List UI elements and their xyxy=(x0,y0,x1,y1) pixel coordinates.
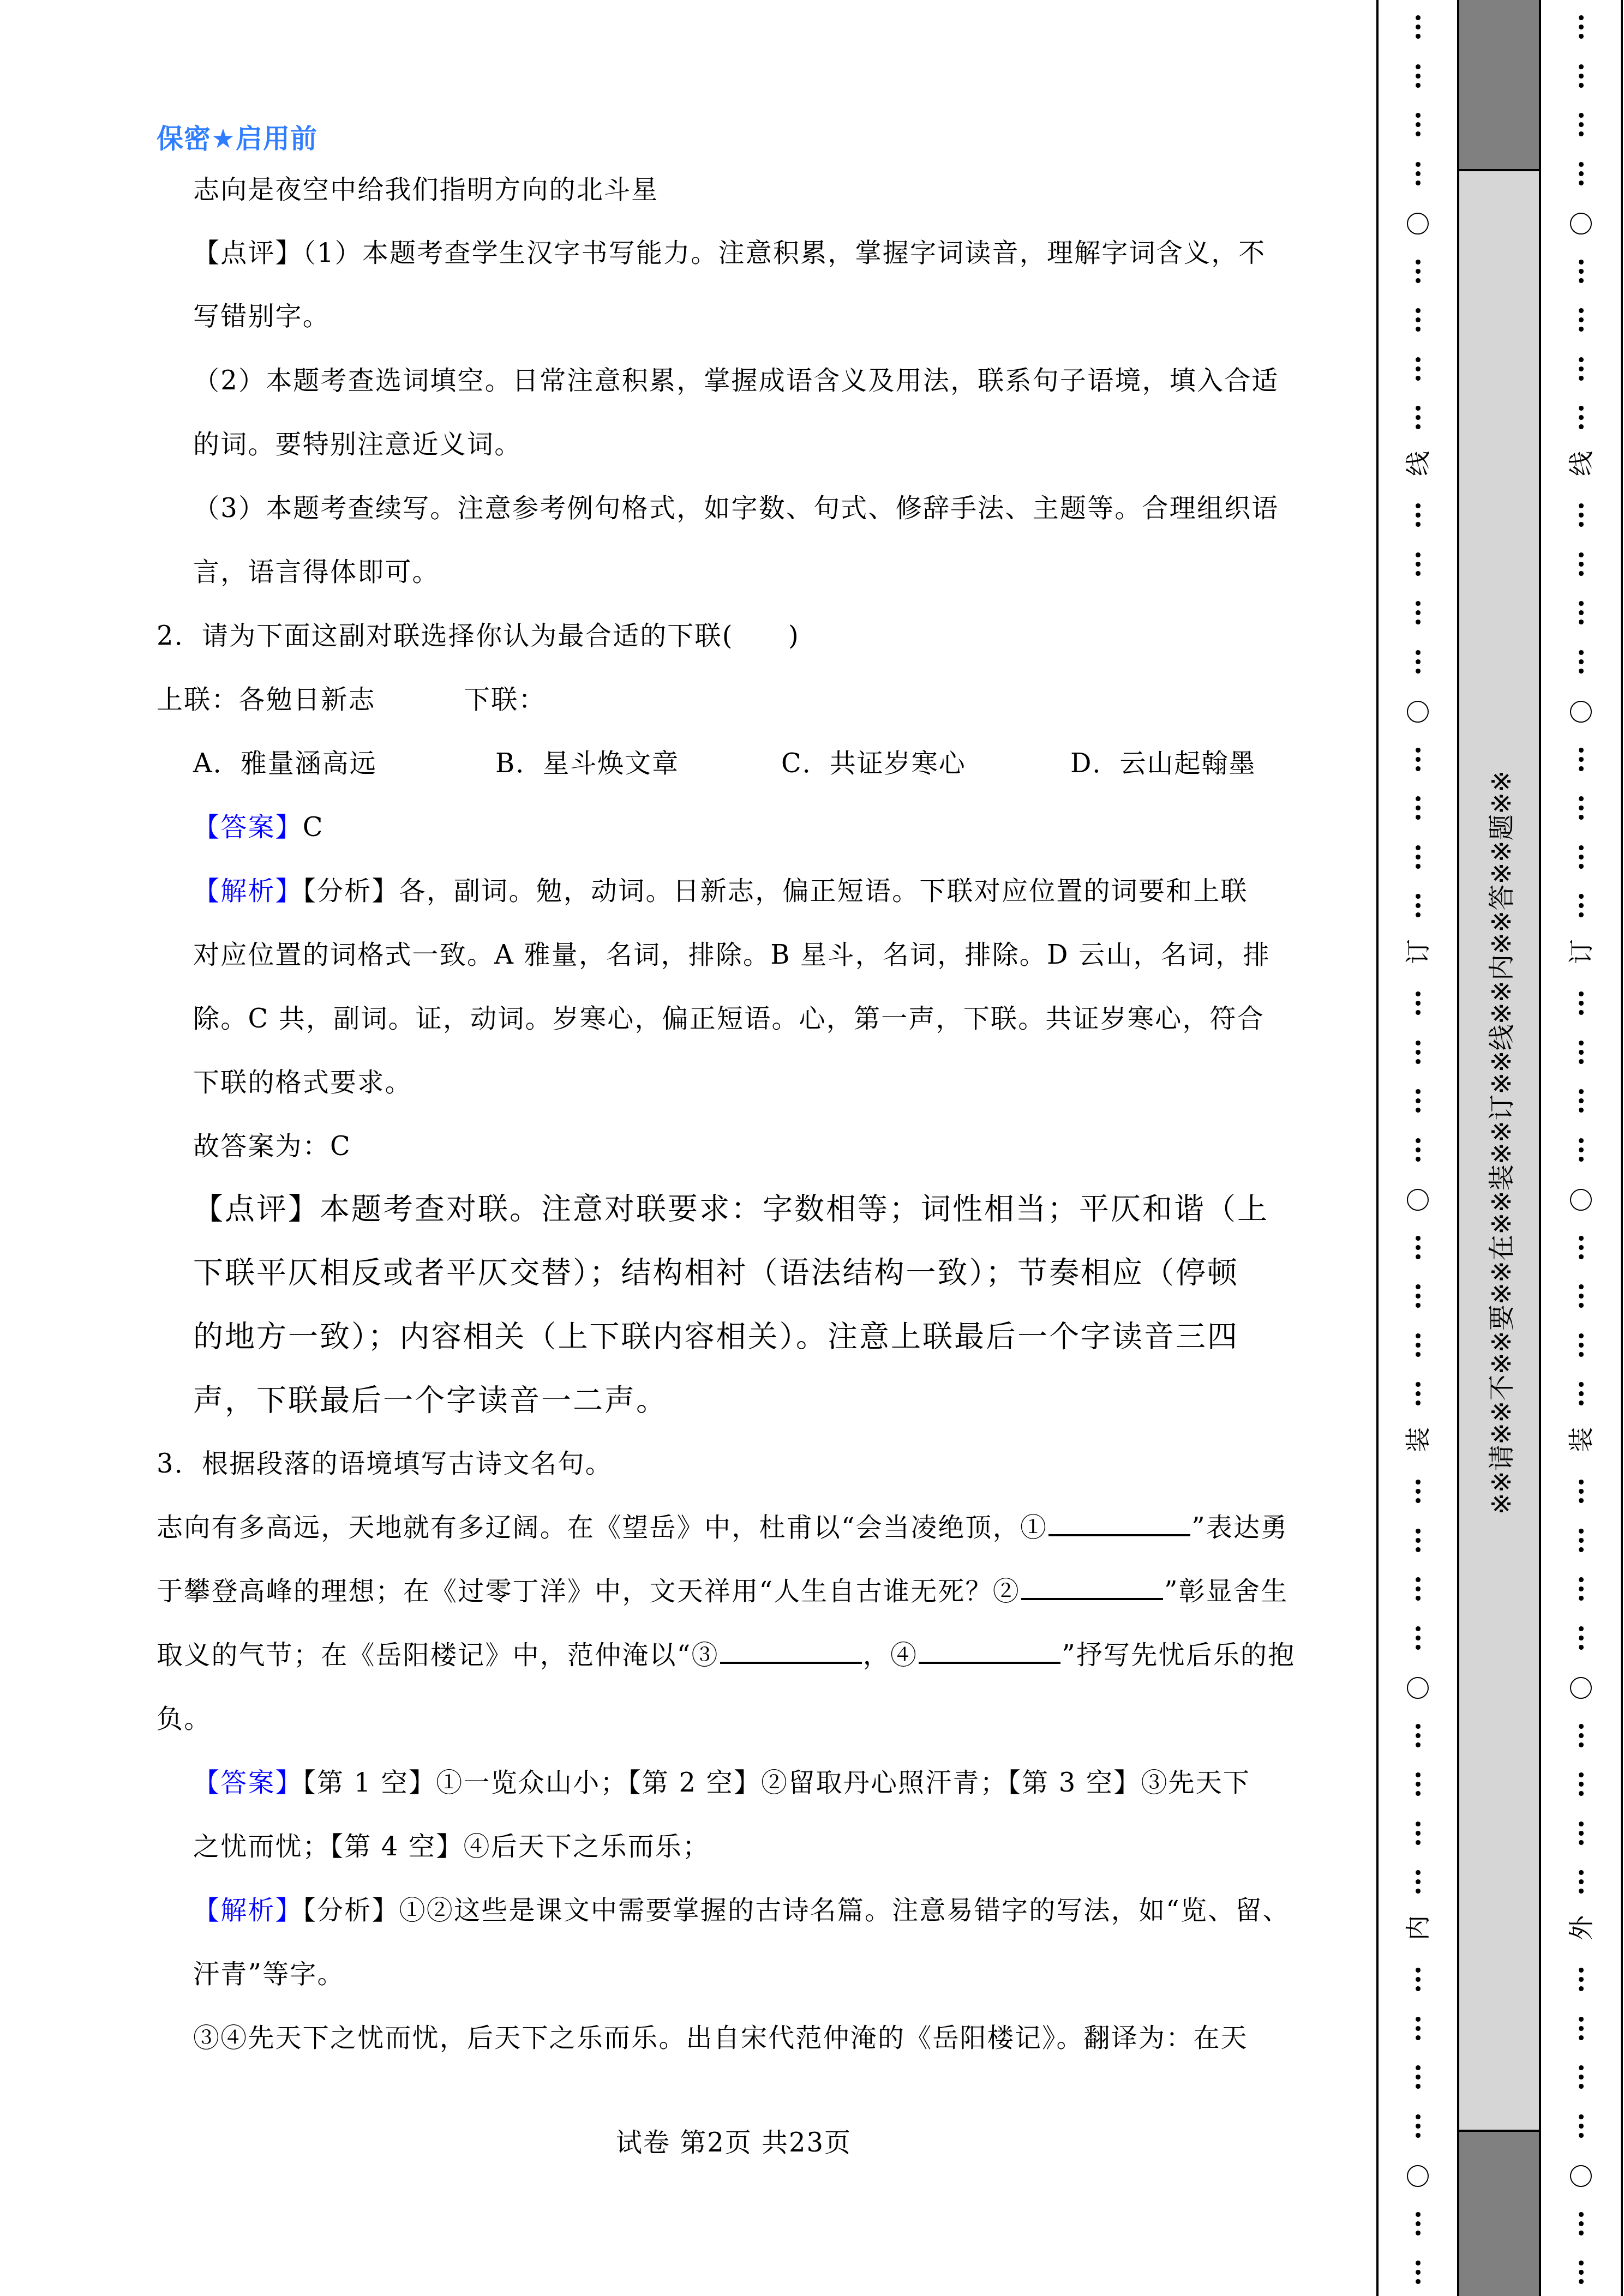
dotted-line-icon xyxy=(1415,650,1421,674)
dotted-line-icon xyxy=(1578,2261,1584,2285)
dotted-line-icon xyxy=(1415,796,1421,820)
warning-text: ※※请※※不※※要※※在※※装※※订※※线※※内※※答※※题※※ xyxy=(1481,771,1518,1515)
para-text: 志向有多高远，天地就有多辽阔。在《望岳》中，杜甫以“会当凌绝顶，① xyxy=(157,1512,1047,1543)
binding-hole-circle-icon xyxy=(1570,1189,1592,1211)
q2-comment-line: 声，下联最后一个字读音一二声。 xyxy=(193,1384,668,1416)
dotted-line-icon xyxy=(1415,2065,1421,2089)
dotted-line-icon xyxy=(1415,894,1421,918)
dotted-line-icon xyxy=(1578,1626,1584,1650)
label-wai: 外 xyxy=(1565,1912,1597,1944)
q2-final-answer: 故答案为：C xyxy=(193,1130,351,1163)
q2-answer: 【答案】C xyxy=(193,811,324,844)
dotted-line-icon xyxy=(1415,357,1421,381)
dotted-line-icon xyxy=(1578,2212,1584,2236)
dotted-line-icon xyxy=(1578,1772,1584,1796)
page-footer: 试卷 第2页 共23页 xyxy=(0,2121,1467,2159)
dotted-line-icon xyxy=(1578,1284,1584,1308)
label-zhuang: 装 xyxy=(1401,1423,1434,1456)
dotted-line-icon xyxy=(1578,1333,1584,1357)
dotted-line-icon xyxy=(1415,2261,1421,2285)
q1-comment-line: 【点评】（1）本题考查学生汉字书写能力。注意积累，掌握字词读音，理解字词含义，不 xyxy=(193,237,1266,269)
dotted-line-icon xyxy=(1578,260,1584,284)
blank-3[interactable] xyxy=(720,1640,862,1664)
q3-answer-line: 之忧而忧；【第 4 空】④后天下之乐而乐； xyxy=(193,1830,710,1863)
binding-hole-circle-icon xyxy=(1407,1189,1429,1211)
dotted-line-icon xyxy=(1415,260,1421,284)
analysis-text: 【分析】各，副词。勉，动词。日新志，偏正短语。下联对应位置的词要和上联 xyxy=(303,876,1248,906)
answer-value: C xyxy=(303,812,324,843)
para-text: 取义的气节；在《岳阳楼记》中，范仲淹以“③ xyxy=(157,1640,719,1670)
answer-tag: 【答案】 xyxy=(193,812,303,843)
dotted-line-icon xyxy=(1415,1870,1421,1894)
binding-strip-inner: 线 订 装 内 xyxy=(1376,0,1459,2296)
strip-dark-block-bottom xyxy=(1459,2130,1539,2296)
binding-hole-circle-icon xyxy=(1570,213,1592,235)
answer-text: 【第 1 空】①一览众山小；【第 2 空】②留取丹心照汗青；【第 3 空】③先天… xyxy=(303,1768,1250,1798)
q2-analysis-line: 除。C 共，副词。证，动词。岁寒心，偏正短语。心，第一声，下联。共证岁寒心，符合 xyxy=(193,1002,1265,1035)
dotted-line-icon xyxy=(1415,2212,1421,2236)
label-xian: 线 xyxy=(1565,447,1597,480)
dotted-line-icon xyxy=(1415,15,1421,39)
q2-comment-line: 【点评】本题考查对联。注意对联要求：字数相等；词性相当；平仄和谐（上 xyxy=(193,1192,1269,1225)
dotted-line-icon xyxy=(1578,406,1584,430)
para-text: ，④ xyxy=(863,1640,918,1670)
label-zhuang: 装 xyxy=(1565,1423,1597,1456)
dotted-line-icon xyxy=(1578,1041,1584,1065)
dotted-line-icon xyxy=(1415,64,1421,88)
dotted-line-icon xyxy=(1415,1041,1421,1065)
exam-page: 保密★启用前 志向是夜空中给我们指明方向的北斗星 【点评】（1）本题考查学生汉字… xyxy=(0,0,1375,2296)
dotted-line-icon xyxy=(1415,601,1421,625)
label-nei: 内 xyxy=(1401,1912,1434,1944)
dotted-line-icon xyxy=(1415,1822,1421,1846)
dotted-line-icon xyxy=(1578,308,1584,332)
dotted-line-icon xyxy=(1578,1822,1584,1846)
q2-stem: 2．请为下面这副对联选择你认为最合适的下联( ) xyxy=(157,620,800,652)
dotted-line-icon xyxy=(1415,162,1421,186)
dotted-line-icon xyxy=(1578,1529,1584,1553)
binding-hole-circle-icon xyxy=(1407,213,1429,235)
dotted-line-icon xyxy=(1578,357,1584,381)
dotted-line-icon xyxy=(1415,1626,1421,1650)
q1-comment-line: （2）本题考查选词填空。日常注意积累，掌握成语含义及用法，联系句子语境，填入合适 xyxy=(193,364,1279,397)
q3-analysis-line: ③④先天下之忧而忧，后天下之乐而乐。出自宋代范仲淹的《岳阳楼记》。翻译为：在天 xyxy=(193,2022,1248,2054)
q2-option-b: B．星斗焕文章 xyxy=(495,747,679,780)
dotted-line-icon xyxy=(1415,1089,1421,1113)
dotted-line-icon xyxy=(1578,1236,1584,1260)
q3-analysis-line: 【解析】【分析】①②这些是课文中需要掌握的古诗名篇。注意易错字的写法，如“览、留… xyxy=(193,1894,1290,1927)
para-text: ”表达勇 xyxy=(1191,1512,1288,1543)
dotted-line-icon xyxy=(1415,1529,1421,1553)
q2-comment-line: 的地方一致）；内容相关（上下联内容相关）。注意上联最后一个字读音三四 xyxy=(193,1320,1239,1353)
q2-couplet-lower: 下联： xyxy=(464,683,546,716)
dotted-line-icon xyxy=(1415,1236,1421,1260)
q2-couplet-upper: 上联：各勉日新志 xyxy=(157,683,376,716)
para-text: ”抒写先忧后乐的抱 xyxy=(1062,1640,1295,1670)
dotted-line-icon xyxy=(1578,1089,1584,1113)
q3-stem: 3．根据段落的语境填写古诗文名句。 xyxy=(157,1447,613,1480)
q2-option-c: C．共证岁寒心 xyxy=(781,747,966,780)
answer-tag: 【答案】 xyxy=(193,1768,303,1798)
dotted-line-icon xyxy=(1415,2114,1421,2138)
q1-comment-line: 的词。要特别注意近义词。 xyxy=(193,428,522,461)
dotted-line-icon xyxy=(1578,2017,1584,2041)
para-text: 于攀登高峰的理想；在《过零丁洋》中，文天祥用“人生自古谁无死？② xyxy=(157,1576,1020,1607)
dotted-line-icon xyxy=(1415,748,1421,772)
dotted-line-icon xyxy=(1415,503,1421,527)
dotted-line-icon xyxy=(1578,845,1584,869)
dotted-line-icon xyxy=(1578,601,1584,625)
analysis-tag: 【解析】 xyxy=(193,1895,303,1926)
dotted-line-icon xyxy=(1415,406,1421,430)
q2-comment-line: 下联平仄相反或者平仄交替）；结构相衬（语法结构一致）；节奏相应（停顿 xyxy=(193,1256,1239,1289)
dotted-line-icon xyxy=(1415,1333,1421,1357)
dotted-line-icon xyxy=(1578,1870,1584,1894)
binding-strip-outer: 线 订 装 外 xyxy=(1541,0,1623,2296)
dotted-line-icon xyxy=(1415,991,1421,1015)
q1-answer-line: 志向是夜空中给我们指明方向的北斗星 xyxy=(193,173,658,206)
dotted-line-icon xyxy=(1415,1968,1421,1992)
dotted-line-icon xyxy=(1415,113,1421,137)
dotted-line-icon xyxy=(1578,1138,1584,1162)
dotted-line-icon xyxy=(1578,503,1584,527)
q3-answer-line: 【答案】【第 1 空】①一览众山小；【第 2 空】②留取丹心照汗青；【第 3 空… xyxy=(193,1766,1250,1799)
binding-hole-circle-icon xyxy=(1570,2165,1592,2187)
dotted-line-icon xyxy=(1415,2017,1421,2041)
dotted-line-icon xyxy=(1578,894,1584,918)
analysis-tag: 【解析】 xyxy=(193,876,303,906)
dotted-line-icon xyxy=(1578,1577,1584,1601)
dotted-line-icon xyxy=(1415,845,1421,869)
dotted-line-icon xyxy=(1578,15,1584,39)
q1-comment-line: 写错别字。 xyxy=(193,300,330,333)
q2-analysis-line: 对应位置的词格式一致。A 雅量，名词，排除。B 星斗，名词，排除。D 云山，名词… xyxy=(193,939,1271,971)
dotted-line-icon xyxy=(1578,1382,1584,1406)
label-xian: 线 xyxy=(1401,447,1434,480)
binding-hole-circle-icon xyxy=(1407,2165,1429,2187)
blank-1[interactable] xyxy=(1048,1512,1190,1536)
q3-paragraph-line: 于攀登高峰的理想；在《过零丁洋》中，文天祥用“人生自古谁无死？②”彰显舍生 xyxy=(157,1575,1289,1608)
dotted-line-icon xyxy=(1578,113,1584,137)
blank-2[interactable] xyxy=(1021,1576,1163,1600)
q3-paragraph-line: 取义的气节；在《岳阳楼记》中，范仲淹以“③，④”抒写先忧后乐的抱 xyxy=(157,1639,1296,1672)
dotted-line-icon xyxy=(1415,1382,1421,1406)
dotted-line-icon xyxy=(1415,1138,1421,1162)
binding-hole-circle-icon xyxy=(1407,701,1429,723)
dotted-line-icon xyxy=(1578,162,1584,186)
dotted-line-icon xyxy=(1578,2065,1584,2089)
q2-option-d: D．云山起翰墨 xyxy=(1070,747,1256,780)
binding-hole-circle-icon xyxy=(1570,1677,1592,1699)
dotted-line-icon xyxy=(1578,796,1584,820)
dotted-line-icon xyxy=(1415,1724,1421,1748)
dotted-line-icon xyxy=(1415,308,1421,332)
q3-paragraph-line: 志向有多高远，天地就有多辽阔。在《望岳》中，杜甫以“会当凌绝顶，①”表达勇 xyxy=(157,1511,1289,1544)
blank-4[interactable] xyxy=(919,1640,1060,1664)
q3-analysis-line: 汗青”等字。 xyxy=(193,1958,345,1991)
q2-analysis-line: 下联的格式要求。 xyxy=(193,1066,412,1099)
dotted-line-icon xyxy=(1415,552,1421,576)
dotted-line-icon xyxy=(1578,748,1584,772)
binding-hole-circle-icon xyxy=(1407,1677,1429,1699)
dotted-line-icon xyxy=(1415,1284,1421,1308)
dotted-line-icon xyxy=(1578,1968,1584,1992)
dotted-line-icon xyxy=(1578,991,1584,1015)
dotted-line-icon xyxy=(1578,2114,1584,2138)
dotted-line-icon xyxy=(1415,1577,1421,1601)
q1-comment-line: （3）本题考查续写。注意参考例句格式，如字数、句式、修辞手法、主题等。合理组织语 xyxy=(193,492,1279,525)
dotted-line-icon xyxy=(1578,64,1584,88)
binding-strip-warning: ※※请※※不※※要※※在※※装※※订※※线※※内※※答※※题※※ xyxy=(1459,0,1541,2296)
confidential-header: 保密★启用前 xyxy=(157,118,317,156)
dotted-line-icon xyxy=(1415,1480,1421,1504)
dotted-line-icon xyxy=(1415,1772,1421,1796)
strip-dark-block-top xyxy=(1459,0,1539,171)
para-text: ”彰显舍生 xyxy=(1164,1576,1289,1607)
dotted-line-icon xyxy=(1578,552,1584,576)
q2-analysis-line: 【解析】【分析】各，副词。勉，动词。日新志，偏正短语。下联对应位置的词要和上联 xyxy=(193,875,1248,907)
q2-option-a: A．雅量涵高远 xyxy=(193,747,377,780)
dotted-line-icon xyxy=(1578,1724,1584,1748)
q1-comment-line: 言，语言得体即可。 xyxy=(193,556,440,588)
dotted-line-icon xyxy=(1578,650,1584,674)
analysis-text: 【分析】①②这些是课文中需要掌握的古诗名篇。注意易错字的写法，如“览、留、 xyxy=(303,1895,1290,1926)
q3-paragraph-line: 负。 xyxy=(157,1703,211,1735)
label-ding: 订 xyxy=(1565,935,1597,968)
dotted-line-icon xyxy=(1578,1480,1584,1504)
binding-hole-circle-icon xyxy=(1570,701,1592,723)
label-ding: 订 xyxy=(1401,935,1434,968)
